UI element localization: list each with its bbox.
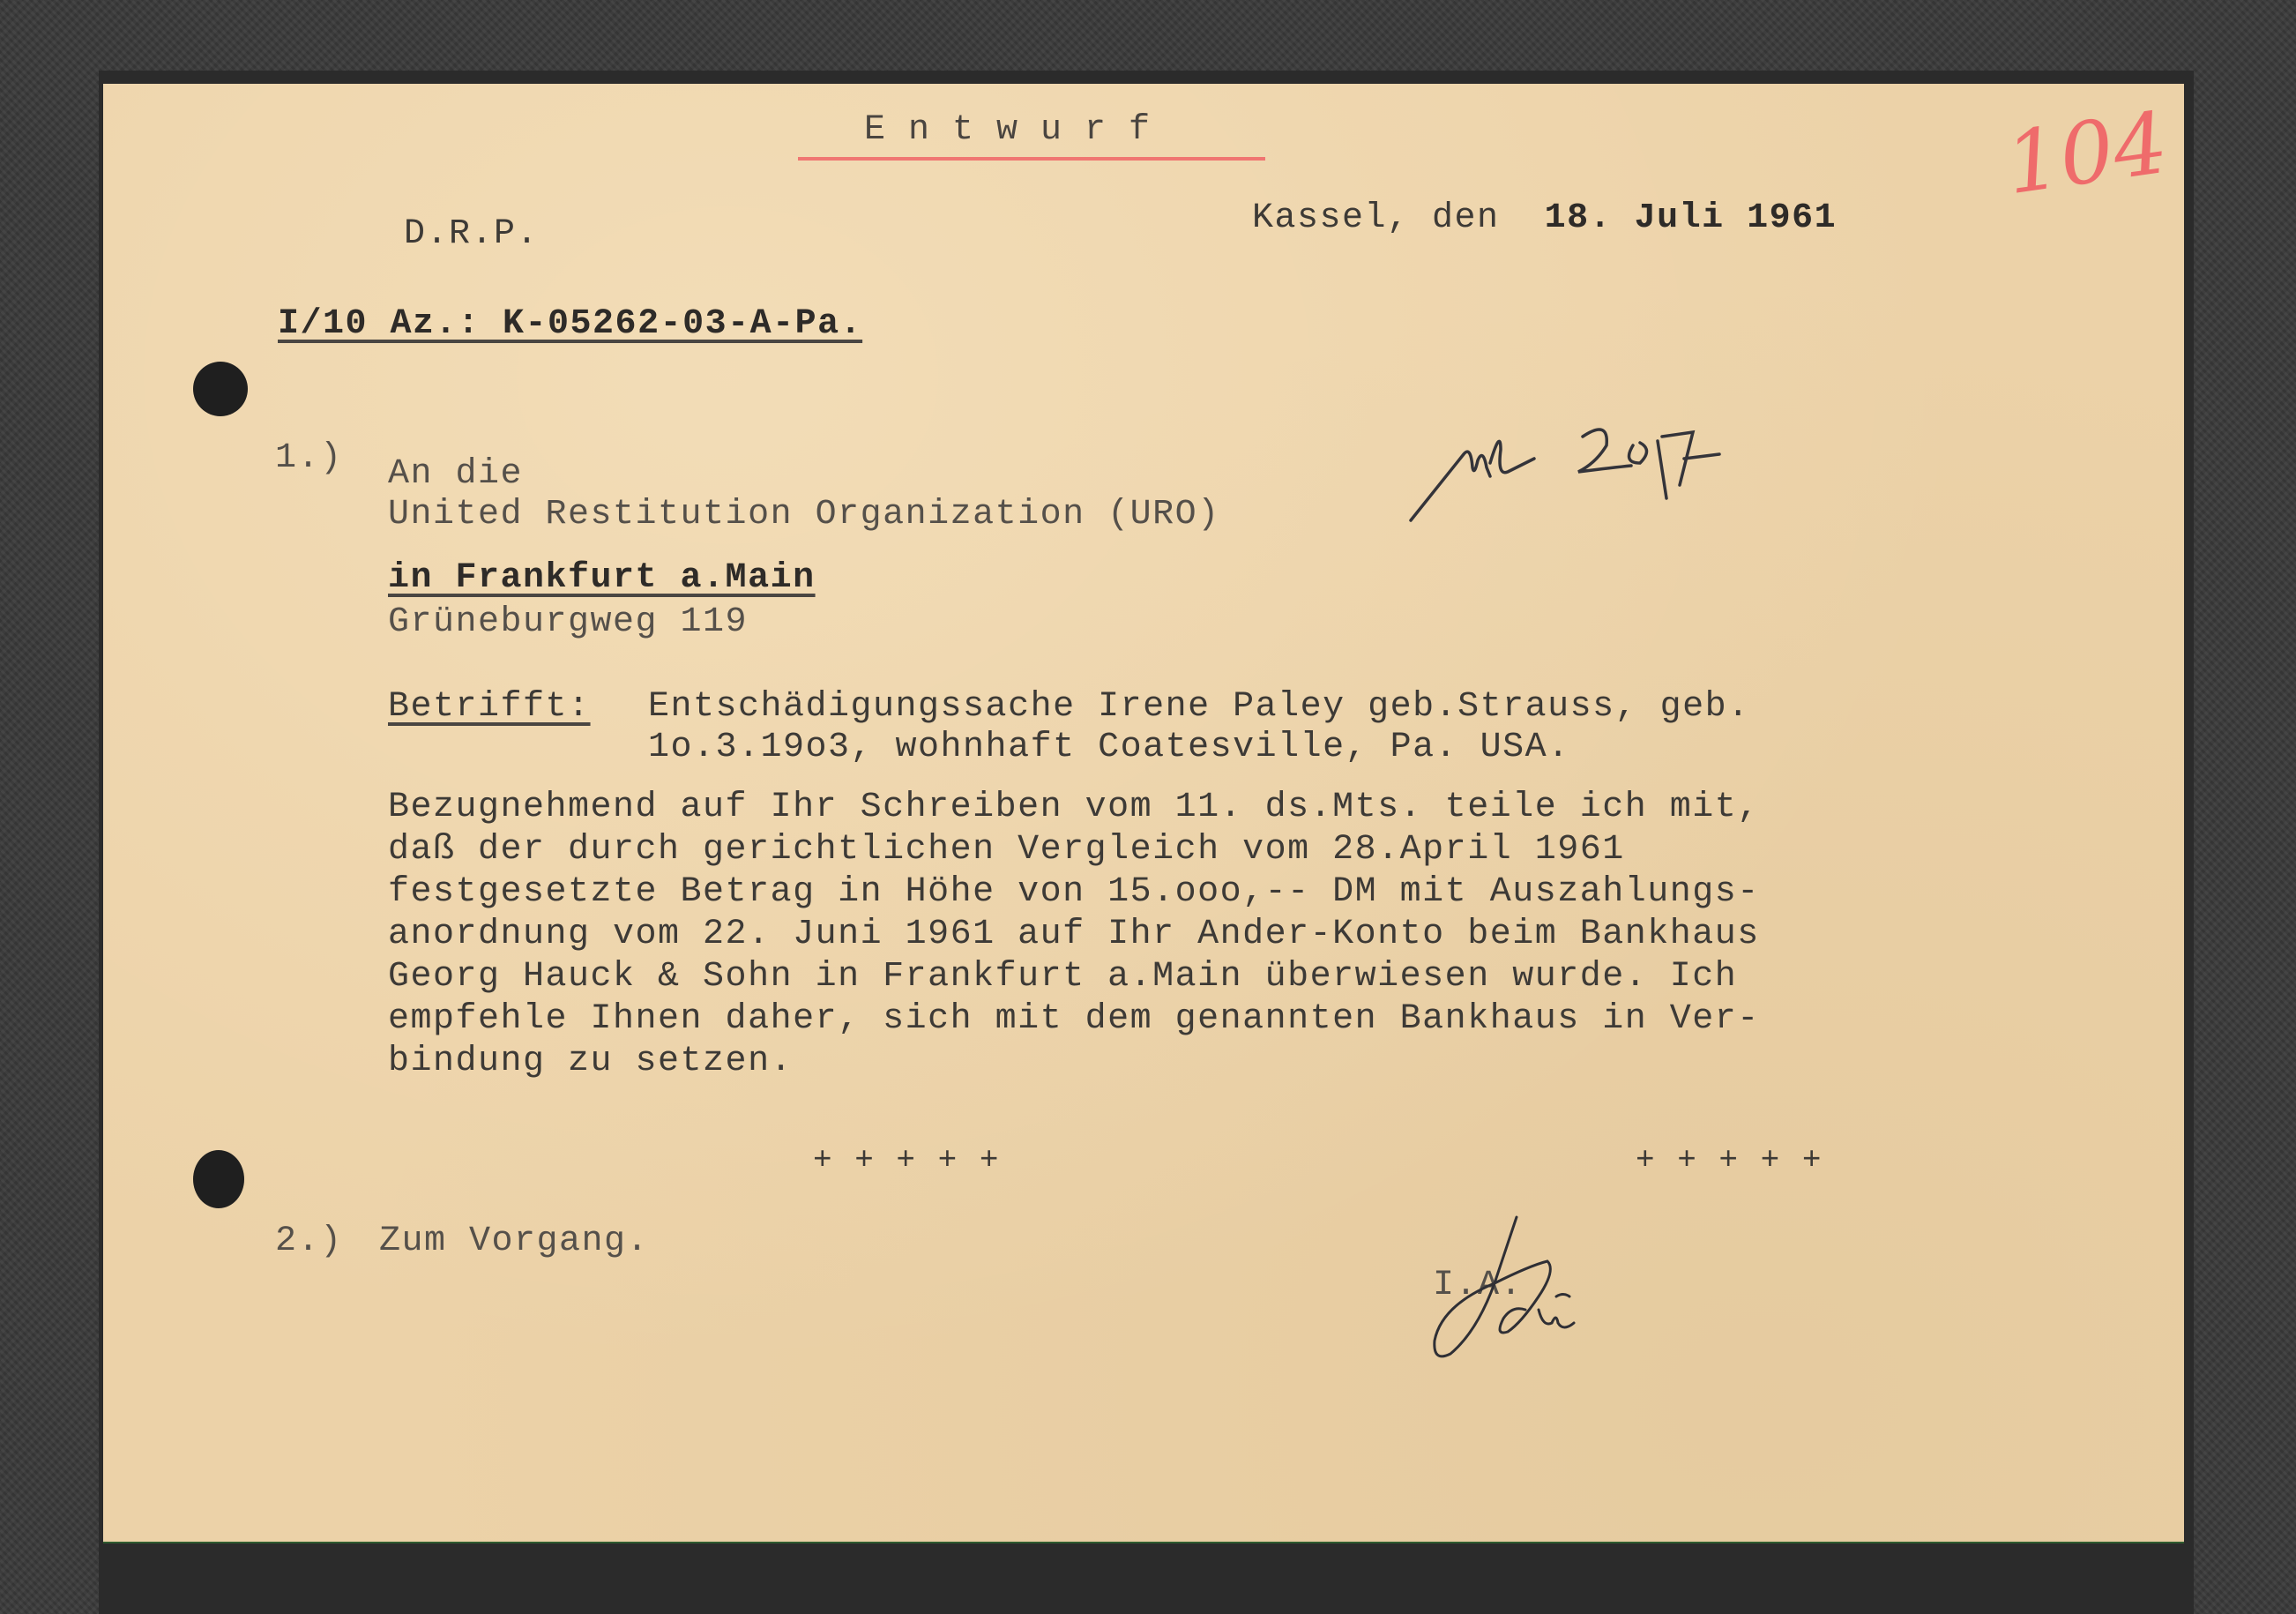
hole-punch-bottom (193, 1150, 244, 1208)
handwritten-note (1402, 415, 1772, 529)
place-prefix: Kassel, den (1252, 198, 1500, 238)
reference-number: I/10 Az.: K-05262-03-A-Pa. (278, 303, 862, 346)
recipient-street: Grüneburgweg 119 (388, 602, 748, 644)
item1-number: 1.) (275, 437, 343, 480)
body-line: daß der durch gerichtlichen Vergleich vo… (388, 829, 1625, 871)
separator-left: + + + + + (813, 1140, 1000, 1182)
signature-scribble (1424, 1208, 1600, 1367)
body-line: anordnung vom 22. Juni 1961 auf Ihr Ande… (388, 914, 1760, 956)
sender-code: D.R.P. (404, 213, 539, 256)
document-heading: Entwurf (864, 109, 1173, 152)
body-line: bindung zu setzen. (388, 1041, 793, 1083)
body-line: Bezugnehmend auf Ihr Schreiben vom 11. d… (388, 787, 1760, 829)
heading-red-underline (798, 157, 1265, 161)
item2-number: 2.) (275, 1221, 343, 1263)
letter-date: 18. Juli 1961 (1545, 198, 1838, 238)
hole-punch-top (193, 362, 248, 416)
item2-text: Zum Vorgang. (379, 1221, 649, 1263)
recipient-city: in Frankfurt a.Main (388, 557, 816, 600)
subject-line1: Entschädigungssache Irene Paley geb.Stra… (648, 686, 1750, 729)
separator-right: + + + + + (1636, 1140, 1823, 1182)
subject-line2: 1o.3.19o3, wohnhaft Coatesville, Pa. USA… (648, 727, 1570, 769)
subject-label: Betrifft: (388, 686, 591, 729)
body-line: empfehle Ihnen daher, sich mit dem genan… (388, 998, 1760, 1041)
place-date: Kassel, den 18. Juli 1961 (1252, 198, 1837, 240)
recipient-line2: United Restitution Organization (URO) (388, 494, 1220, 536)
recipient-line1: An die (388, 453, 523, 496)
body-line: Georg Hauck & Sohn in Frankfurt a.Main ü… (388, 956, 1737, 998)
body-line: festgesetzte Betrag in Höhe von 15.ooo,-… (388, 871, 1760, 914)
